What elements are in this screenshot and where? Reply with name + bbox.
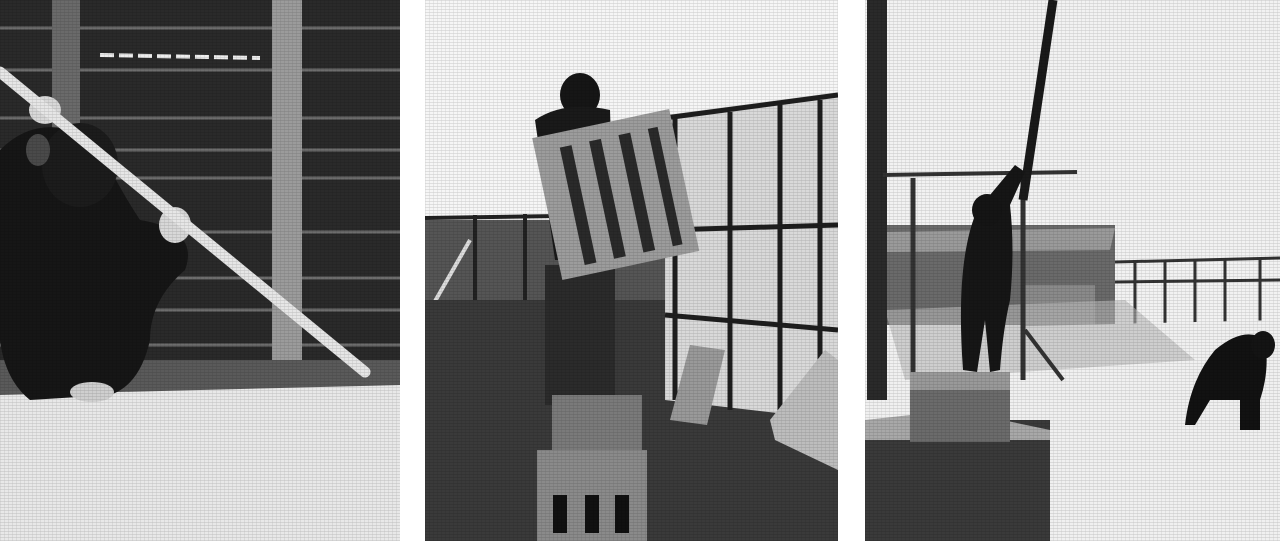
photo-panel-chimp-stacking-crates bbox=[425, 0, 838, 541]
photo-panel-chimp-on-boxes-with-pole bbox=[865, 0, 1280, 541]
photo-panel-chimp-with-stick bbox=[0, 0, 400, 541]
